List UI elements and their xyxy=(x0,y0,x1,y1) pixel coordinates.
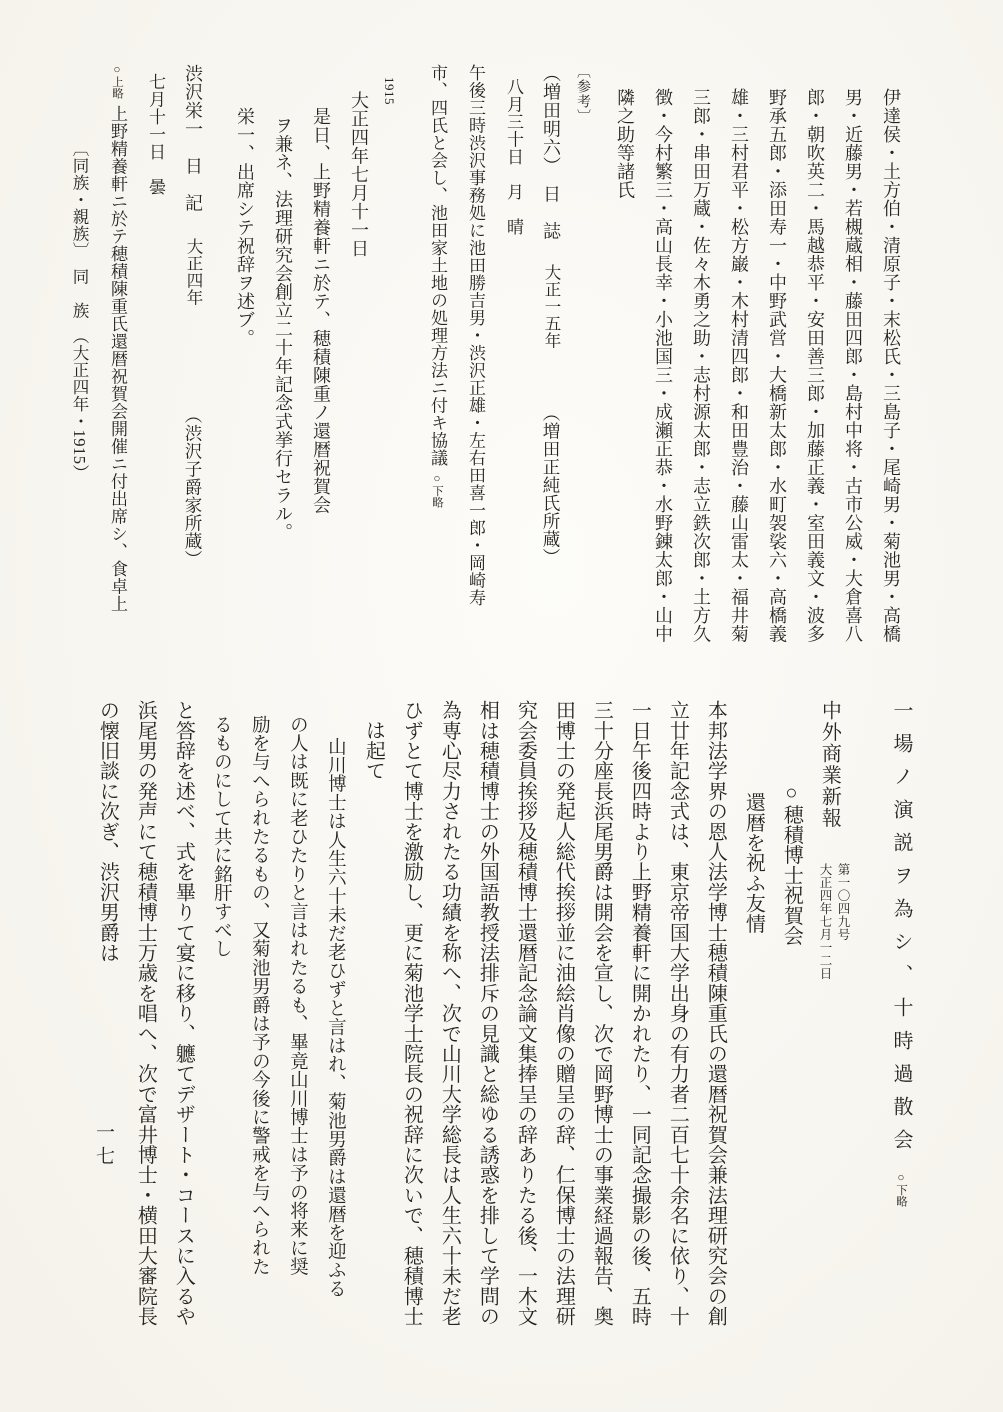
newspaper-name: 中外商業新報 xyxy=(818,700,840,829)
article-headline: ○穂積博士祝賀会 xyxy=(772,700,810,1340)
name-list-line: 隣之助等諸氏 xyxy=(606,64,644,664)
speech-quote-line: 山川博士は人生六十未だ老ひずと言はれ、菊池男爵は還暦を迎ふる xyxy=(316,700,354,1340)
top-text-block: 伊達侯・土方伯・清原子・末松氏・三島子・尾崎男・菊池男・高橋 男・近藤男・若槻蔵… xyxy=(60,64,910,664)
kinship-category-line: 〔同族・親族〕 同 族 （大正四年・1915） xyxy=(60,64,98,664)
speech-quote-line: 励を与へられたるもの、又菊池男爵は予の今後に警戒を与へられた xyxy=(240,700,278,1340)
speech-quote-line: るものにして共に銘肝すべし xyxy=(202,700,240,1340)
speech-quote-line: の人は既に老ひたりと言はれたるも、畢竟山川博士は予の将来に奨 xyxy=(278,700,316,1340)
page-number: 一七 xyxy=(90,1122,117,1170)
lower-omission-note: ○下略 xyxy=(895,1162,907,1207)
upper-omission-note: ○上略 xyxy=(111,64,123,99)
taisho4-summary-line: ヲ兼ネ、法理研究会創立二十年記念式挙行セラル。 xyxy=(264,64,302,664)
article-line: は起て xyxy=(354,700,392,1340)
masuda-diary-date-line: 八月三十日 月 晴 xyxy=(494,64,532,664)
document-page: 伊達侯・土方伯・清原子・末松氏・三島子・尾崎男・菊池男・高橋 男・近藤男・若槻蔵… xyxy=(0,0,1003,1412)
name-list-line: 雄・三村君平・松方巌・木村清四郎・和田豊治・藤山雷太・福井菊 xyxy=(720,64,758,664)
article-line: 本邦法学界の恩人法学博士穂積陳重氏の還暦祝賀会兼法理研究会の創 xyxy=(696,700,734,1340)
shibusawa-diary-entry-line: ○上略上野精養軒ニ於テ穂積陳重氏還暦祝賀会開催ニ付出席シ、食卓上 xyxy=(98,64,136,664)
newspaper-issue-info: 第一〇四九号大正四年七月一二日 xyxy=(816,829,852,980)
taisho4-date-heading: 大正四年七月十一日 xyxy=(340,64,378,664)
shibusawa-diary-date-line: 七月十一日 曇 xyxy=(136,64,174,664)
masuda-diary-entry-line: 市、四氏と会し、池田家土地の処理方法ニ付キ協議○下略 xyxy=(418,64,456,664)
name-list-line: 徴・今村繁三・高山長幸・小池国三・成瀬正恭・水野錬太郎・山中 xyxy=(644,64,682,664)
masuda-diary-entry-line: 午後三時渋沢事務処に池田勝吉男・渋沢正雄・左右田喜一郎・岡崎寿 xyxy=(456,64,494,664)
article-line: 相は穂積博士の外国語教授法排斥の見識と総ゆる誘惑を排して学問の xyxy=(468,700,506,1340)
name-list-line: 三郎・串田万蔵・佐々木勇之助・志村源太郎・志立鉄次郎・土方久 xyxy=(682,64,720,664)
masuda-diary-year: 大正一五年 xyxy=(542,240,561,349)
reference-label: 〔参考〕 xyxy=(570,64,594,664)
newspaper-source-column: 中外商業新報第一〇四九号大正四年七月一二日 xyxy=(810,700,852,1340)
taisho4-summary-line: 栄一、出席シテ祝辞ヲ述ブ。 xyxy=(226,64,264,664)
carryover-line: 一場ノ演説ヲ為シ、十時過散会○下略 xyxy=(882,700,920,1340)
masuda-diary-owner: （増田正純氏所蔵） xyxy=(541,349,561,566)
shibusawa-diary-title: 渋沢栄一 日 記 xyxy=(183,64,203,212)
shibusawa-diary-heading: 渋沢栄一 日 記大正四年（渋沢子爵家所蔵） xyxy=(174,64,212,664)
article-line: 一日午後四時より上野精養軒に開かれたり、一同記念撮影の後、五時 xyxy=(620,700,658,1340)
masuda-diary-title: （増田明六） 日 誌 xyxy=(541,64,561,240)
article-line: 立廿年記念式は、東京帝国大学出身の有力者二百七十余名に依り、十 xyxy=(658,700,696,1340)
shibusawa-diary-owner: （渋沢子爵家所蔵） xyxy=(183,306,203,568)
article-line: 為専心尽力されたる功績を称へ、次で山川大学総長は人生六十未だ老 xyxy=(430,700,468,1340)
article-line: 三十分座長浜尾男爵は開会を宣し、次で岡野博士の事業経過報告、奥 xyxy=(582,700,620,1340)
article-text-block: 一場ノ演説ヲ為シ、十時過散会○下略 中外商業新報第一〇四九号大正四年七月一二日 … xyxy=(88,700,920,1340)
article-line: 究会委員挨拶及穂積博士還暦記念論文集捧呈の辞ありたる後、一木文 xyxy=(506,700,544,1340)
name-list-line: 野承五郎・添田寿一・中野武営・大橋新太郎・水町袈裟六・高橋義 xyxy=(758,64,796,664)
name-list-line: 伊達侯・土方伯・清原子・末松氏・三島子・尾崎男・菊池男・高橋 xyxy=(872,64,910,664)
article-line: 田博士の発起人総代挨拶並に油絵肖像の贈呈の辞、仁保博士の法理研 xyxy=(544,700,582,1340)
article-line: ひずとて博士を激励し、更に菊池学士院長の祝辞に次いで、穂積博士 xyxy=(392,700,430,1340)
newspaper-issue-number: 第一〇四九号 xyxy=(834,863,852,980)
newspaper-date: 大正四年七月一二日 xyxy=(816,863,834,980)
lower-omission-note: ○下略 xyxy=(431,467,443,508)
shibusawa-diary-year: 大正四年 xyxy=(184,212,203,306)
article-line: と答辞を述べ、式を畢りて宴に移り、軈てデザート・コースに入るや xyxy=(164,700,202,1340)
name-list-line: 郎・朝吹英二・馬越恭平・安田善三郎・加藤正義・室田義文・波多 xyxy=(796,64,834,664)
article-subheadline: 還暦を祝ふ友情 xyxy=(734,700,772,1340)
year-1915-label: 1915 xyxy=(378,64,400,664)
article-line: 浜尾男の発声にて穂積博士万歳を唱へ、次で富井博士・横田大審院長 xyxy=(126,700,164,1340)
name-list-line: 男・近藤男・若槻蔵相・藤田四郎・島村中将・古市公威・大倉喜八 xyxy=(834,64,872,664)
article-line: の懐旧談に次ぎ、渋沢男爵は xyxy=(88,700,126,1340)
masuda-diary-heading: （増田明六） 日 誌大正一五年（増田正純氏所蔵） xyxy=(532,64,570,664)
taisho4-summary-line: 是日、上野精養軒ニ於テ、穂積陳重ノ還暦祝賀会 xyxy=(302,64,340,664)
